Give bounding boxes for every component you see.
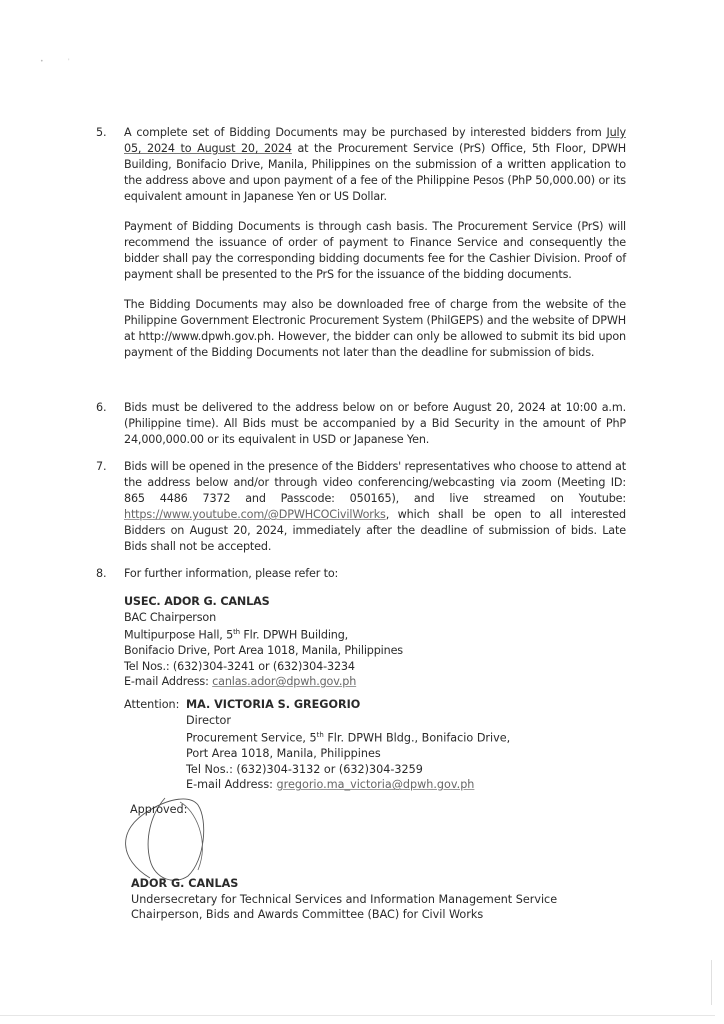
item-7-text: Bids will be opened in the presence of t… (124, 459, 626, 555)
attention-email-link[interactable]: gregorio.ma_victoria@dpwh.gov.ph (277, 778, 475, 791)
item-6-text: Bids must be delivered to the address be… (124, 400, 626, 448)
approved-label: Approved: (130, 803, 187, 816)
youtube-link[interactable]: https://www.youtube.com/@DPWHCOCivilWork… (124, 508, 386, 521)
item-number: 5. (96, 125, 124, 141)
attention-name: MA. VICTORIA S. GREGORIO (186, 697, 510, 713)
item-5-paragraph-3: The Bidding Documents may also be downlo… (124, 297, 626, 361)
paragraph-text: Bids will be opened in the presence of t… (124, 460, 626, 505)
item-7: 7. Bids will be opened in the presence o… (96, 459, 626, 569)
contact-email-link[interactable]: canlas.ador@dpwh.gov.ph (212, 675, 356, 688)
address-text: Procurement Service, 5 (186, 732, 317, 745)
contact-block: USEC. ADOR G. CANLAS BAC Chairperson Mul… (124, 594, 626, 690)
paragraph-text: A complete set of Bidding Documents may … (124, 126, 606, 139)
item-number: 7. (96, 459, 124, 475)
item-number: 6. (96, 400, 124, 416)
item-number: 8. (96, 566, 124, 582)
item-6: 6. Bids must be delivered to the address… (96, 400, 626, 462)
ordinal-suffix: th (233, 628, 240, 636)
address-text: Flr. DPWH Building, (240, 629, 348, 642)
document-page: • ' 5. A complete set of Bidding Documen… (0, 0, 724, 1024)
contact-address-1: Multipurpose Hall, 5th Flr. DPWH Buildin… (124, 625, 626, 643)
signer-block: ADOR G. CANLAS Undersecretary for Techni… (131, 876, 557, 923)
ordinal-suffix: th (317, 731, 324, 739)
signer-title-1: Undersecretary for Technical Services an… (131, 892, 557, 908)
attention-label: Attention: (124, 697, 179, 713)
email-label: E-mail Address: (124, 675, 209, 688)
attention-address-2: Port Area 1018, Manila, Philippines (186, 746, 510, 762)
scan-edge (711, 960, 712, 1005)
signer-title-2: Chairperson, Bids and Awards Committee (… (131, 907, 557, 923)
contact-title: BAC Chairperson (124, 610, 626, 626)
address-text: Flr. DPWH Bldg., Bonifacio Drive, (324, 732, 510, 745)
item-8-text: For further information, please refer to… (124, 566, 626, 582)
scan-edge (0, 1015, 715, 1016)
address-text: Multipurpose Hall, 5 (124, 629, 233, 642)
attention-block: Attention: MA. VICTORIA S. GREGORIO Dire… (124, 697, 510, 793)
contact-email-row: E-mail Address: canlas.ador@dpwh.gov.ph (124, 674, 626, 690)
scan-mark: • (40, 58, 44, 65)
attention-title: Director (186, 713, 510, 729)
signer-name: ADOR G. CANLAS (131, 876, 557, 892)
item-5-paragraph-1: A complete set of Bidding Documents may … (124, 125, 626, 205)
contact-address-2: Bonifacio Drive, Port Area 1018, Manila,… (124, 643, 626, 659)
contact-name: USEC. ADOR G. CANLAS (124, 594, 626, 610)
item-8: 8. For further information, please refer… (96, 566, 626, 690)
attention-tel: Tel Nos.: (632)304-3132 or (632)304-3259 (186, 762, 510, 778)
item-5: 5. A complete set of Bidding Documents m… (96, 125, 626, 375)
item-5-paragraph-2: Payment of Bidding Documents is through … (124, 219, 626, 283)
attention-address-1: Procurement Service, 5th Flr. DPWH Bldg.… (186, 728, 510, 746)
scan-mark: ' (68, 58, 70, 65)
contact-tel: Tel Nos.: (632)304-3241 or (632)304-3234 (124, 659, 626, 675)
